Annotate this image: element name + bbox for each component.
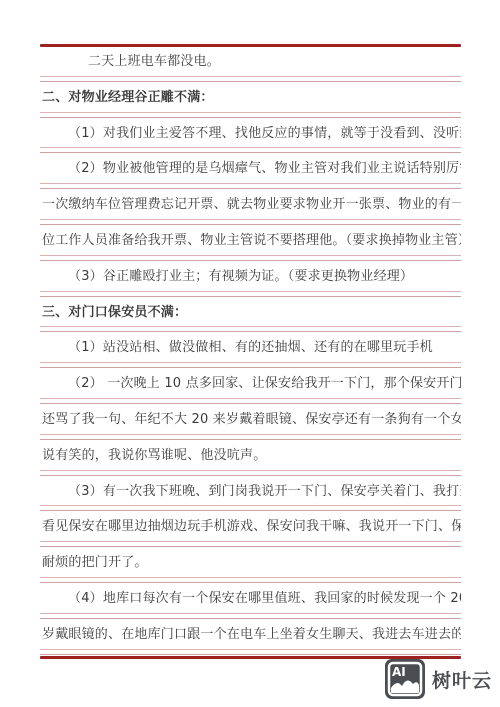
- line-text: 二、对物业经理谷正雕不满：: [40, 85, 461, 111]
- text-line-row: （1）对我们业主爱答不理、找他反应的事情，就等于没看到、没听到。: [40, 119, 461, 155]
- line-text: 耐烦的把门开了。: [40, 550, 461, 576]
- ruled-line: [40, 362, 461, 363]
- line-text: 说有笑的，我说你骂谁呢、他没吭声。: [40, 443, 461, 469]
- line-text: （2） 一次晚上 10 点多回家、让保安给我开一下门，那个保安开门了、: [40, 371, 461, 397]
- line-text: 岁戴眼镜的、在地库门口跟一个在电车上坐着女生聊天、我进去车进去的时候，: [40, 622, 461, 648]
- line-text: 还骂了我一句、年纪不大 20 来岁戴着眼镜、保安亭还有一条狗有一个女的、有: [40, 407, 461, 433]
- line-text: （2）物业被他管理的是乌烟瘴气、物业主管对我们业主说话特别厉害、有: [40, 156, 461, 182]
- ruled-line: [40, 296, 461, 297]
- ruled-line: [40, 112, 461, 113]
- ruled-line: [40, 76, 461, 77]
- text-line-row: 看见保安在哪里边抽烟边玩手机游戏、保安问我干嘛、我说开一下门、保安不: [40, 512, 461, 548]
- ruled-line: [40, 654, 461, 655]
- ruled-line: [40, 649, 461, 650]
- ruled-line: [40, 224, 461, 225]
- text-line-row: 还骂了我一句、年纪不大 20 来岁戴着眼镜、保安亭还有一条狗有一个女的、有: [40, 405, 461, 441]
- ruled-line: [40, 331, 461, 332]
- ruled-line: [40, 291, 461, 292]
- ruled-line: [40, 434, 461, 435]
- ruled-line: [40, 219, 461, 220]
- watermark: AI 树叶云: [385, 659, 492, 699]
- line-text: 一次缴纳车位管理费忘记开票、就去物业要求物业开一张票、物业的有一: [40, 192, 461, 218]
- text-line-row: （2） 一次晚上 10 点多回家、让保安给我开一下门，那个保安开门了、: [40, 369, 461, 405]
- ruled-line: [40, 117, 461, 118]
- line-text: （3）谷正雕殴打业主；有视频为证。（要求更换物业经理）: [40, 264, 461, 290]
- ruled-line: [40, 152, 461, 153]
- line-text: （4）地库口每次有一个保安在哪里值班、我回家的时候发现一个 20 来: [40, 586, 461, 612]
- ruled-line: [40, 470, 461, 471]
- ruled-line: [40, 398, 461, 399]
- ruled-paper-area: 二天上班电车都没电。二、对物业经理谷正雕不满：（1）对我们业主爱答不理、找他反应…: [40, 44, 461, 659]
- ruled-line: [40, 613, 461, 614]
- text-lines-container: 二天上班电车都没电。二、对物业经理谷正雕不满：（1）对我们业主爱答不理、找他反应…: [40, 47, 461, 656]
- ruled-line: [40, 326, 461, 327]
- text-line-row: 耐烦的把门开了。: [40, 548, 461, 584]
- ruled-line: [40, 546, 461, 547]
- text-line-row: 位工作人员准备给我开票、物业主管说不要搭理他。（要求换掉物业主管）: [40, 226, 461, 262]
- line-text: 三、对门口保安员不满：: [40, 300, 461, 326]
- ai-photo-badge-icon: AI: [385, 659, 425, 699]
- text-line-row: 岁戴眼镜的、在地库门口跟一个在电车上坐着女生聊天、我进去车进去的时候，: [40, 620, 461, 656]
- line-text: 位工作人员准备给我开票、物业主管说不要搭理他。（要求换掉物业主管）: [40, 228, 461, 254]
- text-line-row: （2）物业被他管理的是乌烟瘴气、物业主管对我们业主说话特别厉害、有: [40, 154, 461, 190]
- watermark-label: 树叶云: [432, 666, 492, 693]
- ruled-line: [40, 403, 461, 404]
- ruled-line: [40, 541, 461, 542]
- line-text: （1）对我们业主爱答不理、找他反应的事情，就等于没看到、没听到。: [40, 121, 461, 147]
- line-text: （1）站没站相、做没做相、有的还抽烟、还有的在哪里玩手机: [40, 335, 461, 361]
- ruled-line: [40, 81, 461, 82]
- ruled-line: [40, 183, 461, 184]
- text-line-row: （1）站没站相、做没做相、有的还抽烟、还有的在哪里玩手机: [40, 333, 461, 369]
- text-line-row: 说有笑的，我说你骂谁呢、他没吭声。: [40, 441, 461, 477]
- text-line-row: 一次缴纳车位管理费忘记开票、就去物业要求物业开一张票、物业的有一: [40, 190, 461, 226]
- badge-ai-text: AI: [392, 665, 406, 679]
- ruled-line: [40, 260, 461, 261]
- ruled-line: [40, 577, 461, 578]
- ruled-line: [40, 510, 461, 511]
- text-line-row: 二、对物业经理谷正雕不满：: [40, 83, 461, 119]
- ruled-line: [40, 618, 461, 619]
- ruled-line: [40, 505, 461, 506]
- ruled-line: [40, 255, 461, 256]
- text-line-row: （3）有一次我下班晚、到门岗我说开一下门、保安亭关着门、我打开门: [40, 477, 461, 513]
- text-line-row: （4）地库口每次有一个保安在哪里值班、我回家的时候发现一个 20 来: [40, 584, 461, 620]
- document-page: 二天上班电车都没电。二、对物业经理谷正雕不满：（1）对我们业主爱答不理、找他反应…: [0, 0, 500, 707]
- text-line-row: （3）谷正雕殴打业主；有视频为证。（要求更换物业经理）: [40, 262, 461, 298]
- ruled-line: [40, 439, 461, 440]
- ruled-line: [40, 475, 461, 476]
- ruled-line: [40, 147, 461, 148]
- ruled-line: [40, 582, 461, 583]
- text-line-row: 三、对门口保安员不满：: [40, 298, 461, 334]
- ruled-line: [40, 367, 461, 368]
- line-text: （3）有一次我下班晚、到门岗我说开一下门、保安亭关着门、我打开门: [40, 479, 461, 505]
- line-text: 看见保安在哪里边抽烟边玩手机游戏、保安问我干嘛、我说开一下门、保安不: [40, 514, 461, 540]
- ruled-line: [40, 188, 461, 189]
- line-text: 二天上班电车都没电。: [40, 49, 461, 75]
- text-line-row: 二天上班电车都没电。: [40, 47, 461, 83]
